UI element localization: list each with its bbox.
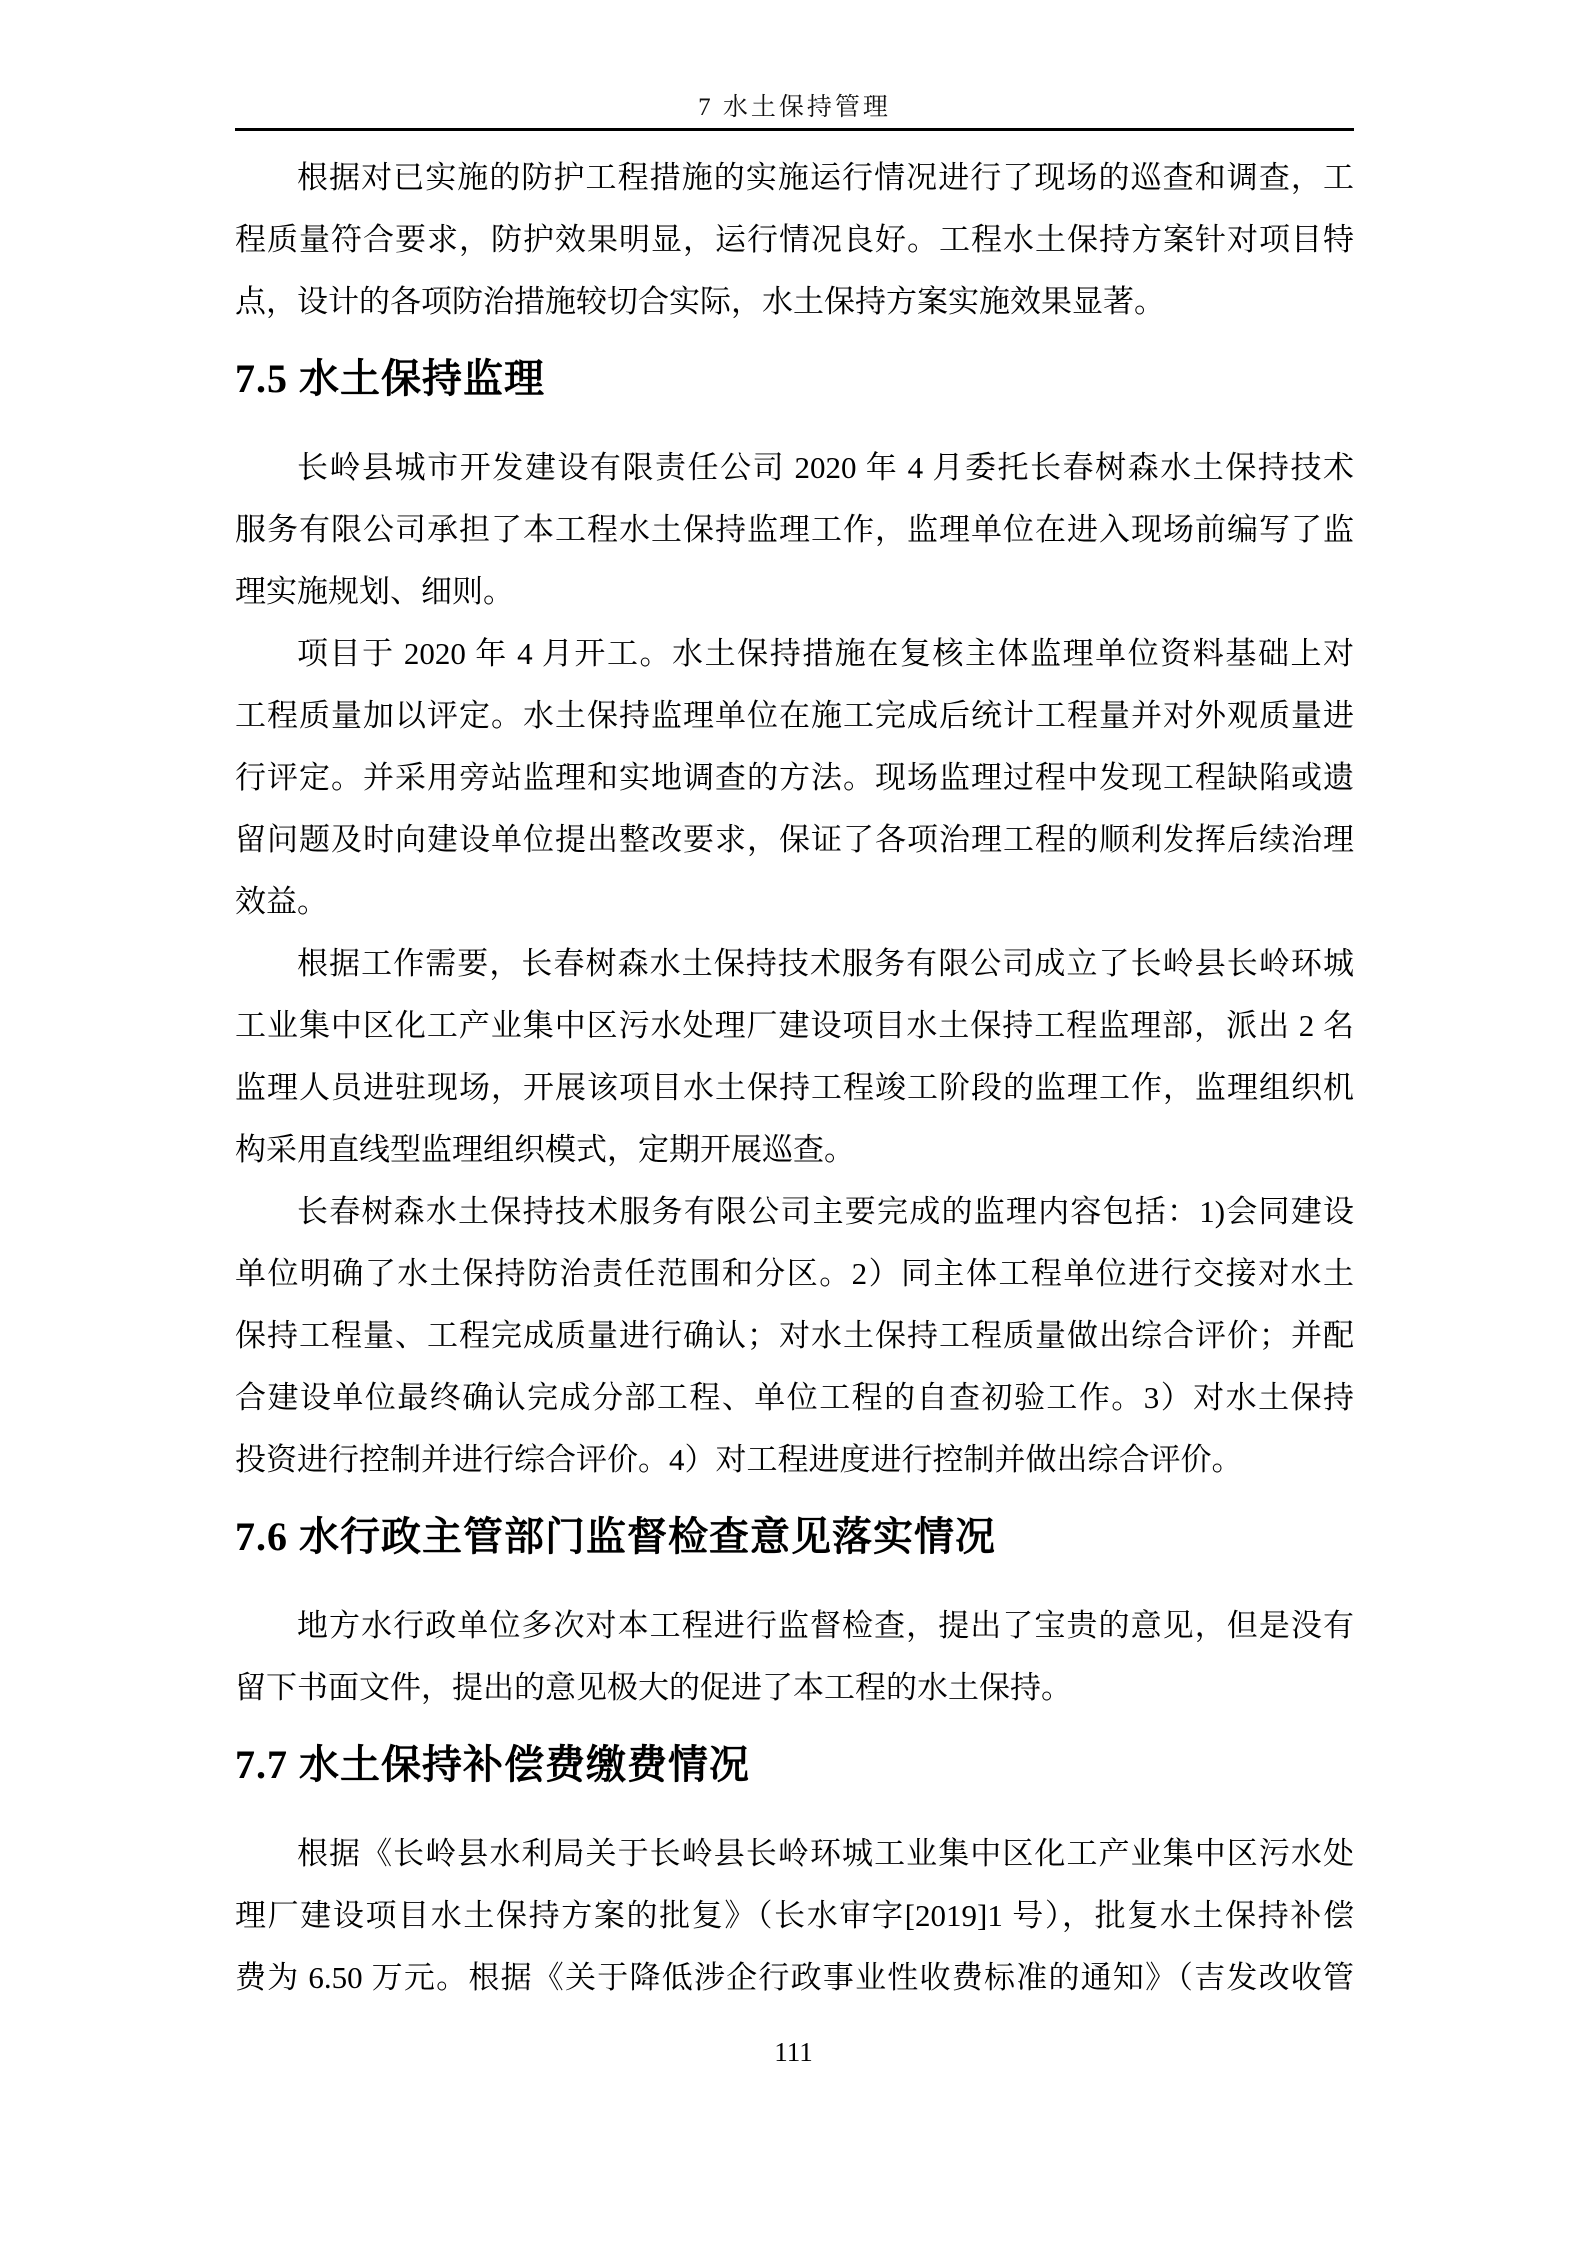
section-heading-7-7: 7.7 水土保持补偿费缴费情况 [235, 1741, 1354, 1789]
text-line: 根据对已实施的防护工程措施的实施运行情况进行了现场的巡查和调查，工 [235, 147, 1354, 209]
text-line: 理实施规划、细则。 [235, 561, 1354, 623]
header-divider [235, 128, 1354, 131]
para-protection-review: 根据对已实施的防护工程措施的实施运行情况进行了现场的巡查和调查，工程质量符合要求… [235, 147, 1354, 333]
text-line: 工程质量加以评定。水土保持监理单位在施工完成后统计工程量并对外观质量进 [235, 685, 1354, 747]
text-line: 点，设计的各项防治措施较切合实际，水土保持方案实施效果显著。 [235, 271, 1354, 333]
text-line: 保持工程量、工程完成质量进行确认；对水土保持工程质量做出综合评价；并配 [235, 1305, 1354, 1367]
text-line: 长春树森水土保持技术服务有限公司主要完成的监理内容包括：1)会同建设 [235, 1181, 1354, 1243]
para-inspection-opinions: 地方水行政单位多次对本工程进行监督检查，提出了宝贵的意见，但是没有留下书面文件，… [235, 1595, 1354, 1719]
text-line: 监理人员进驻现场，开展该项目水土保持工程竣工阶段的监理工作，监理组织机 [235, 1057, 1354, 1119]
running-header-title: 7 水土保持管理 [235, 92, 1354, 124]
para-supervision-method: 项目于 2020 年 4 月开工。水土保持措施在复核主体监理单位资料基础上对工程… [235, 623, 1354, 933]
para-supervision-department: 根据工作需要，长春树森水土保持技术服务有限公司成立了长岭县长岭环城工业集中区化工… [235, 933, 1354, 1181]
text-line: 投资进行控制并进行综合评价。4）对工程进度进行控制并做出综合评价。 [235, 1429, 1354, 1491]
page-header: 7 水土保持管理 [235, 92, 1354, 131]
text-line: 留问题及时向建设单位提出整改要求，保证了各项治理工程的顺利发挥后续治理 [235, 809, 1354, 871]
text-line: 地方水行政单位多次对本工程进行监督检查，提出了宝贵的意见，但是没有 [235, 1595, 1354, 1657]
text-line: 构采用直线型监理组织模式，定期开展巡查。 [235, 1119, 1354, 1181]
text-line: 理厂建设项目水土保持方案的批复》（长水审字[2019]1 号），批复水土保持补偿 [235, 1885, 1354, 1947]
text-line: 行评定。并采用旁站监理和实地调查的方法。现场监理过程中发现工程缺陷或遗 [235, 747, 1354, 809]
text-line: 留下书面文件，提出的意见极大的促进了本工程的水土保持。 [235, 1657, 1354, 1719]
para-compensation-fee: 根据《长岭县水利局关于长岭县长岭环城工业集中区化工产业集中区污水处理厂建设项目水… [235, 1823, 1354, 2009]
text-line: 根据工作需要，长春树森水土保持技术服务有限公司成立了长岭县长岭环城 [235, 933, 1354, 995]
section-heading-7-6: 7.6 水行政主管部门监督检查意见落实情况 [235, 1513, 1354, 1561]
text-line: 工业集中区化工产业集中区污水处理厂建设项目水土保持工程监理部，派出 2 名 [235, 995, 1354, 1057]
text-line: 长岭县城市开发建设有限责任公司 2020 年 4 月委托长春树森水土保持技术 [235, 437, 1354, 499]
text-line: 合建设单位最终确认完成分部工程、单位工程的自查初验工作。3）对水土保持 [235, 1367, 1354, 1429]
document-page: 7 水土保持管理 根据对已实施的防护工程措施的实施运行情况进行了现场的巡查和调查… [0, 0, 1587, 2245]
document-body: 根据对已实施的防护工程措施的实施运行情况进行了现场的巡查和调查，工程质量符合要求… [235, 147, 1354, 2009]
text-line: 根据《长岭县水利局关于长岭县长岭环城工业集中区化工产业集中区污水处 [235, 1823, 1354, 1885]
para-supervision-commission: 长岭县城市开发建设有限责任公司 2020 年 4 月委托长春树森水土保持技术服务… [235, 437, 1354, 623]
text-line: 费为 6.50 万元。根据《关于降低涉企行政事业性收费标准的通知》（吉发改收管 [235, 1947, 1354, 2009]
text-line: 程质量符合要求，防护效果明显，运行情况良好。工程水土保持方案针对项目特 [235, 209, 1354, 271]
text-line: 项目于 2020 年 4 月开工。水土保持措施在复核主体监理单位资料基础上对 [235, 623, 1354, 685]
text-line: 单位明确了水土保持防治责任范围和分区。2）同主体工程单位进行交接对水土 [235, 1243, 1354, 1305]
text-line: 服务有限公司承担了本工程水土保持监理工作，监理单位在进入现场前编写了监 [235, 499, 1354, 561]
para-supervision-content: 长春树森水土保持技术服务有限公司主要完成的监理内容包括：1)会同建设单位明确了水… [235, 1181, 1354, 1491]
section-heading-7-5: 7.5 水土保持监理 [235, 355, 1354, 403]
page-number: 111 [0, 2036, 1587, 2068]
text-line: 效益。 [235, 871, 1354, 933]
